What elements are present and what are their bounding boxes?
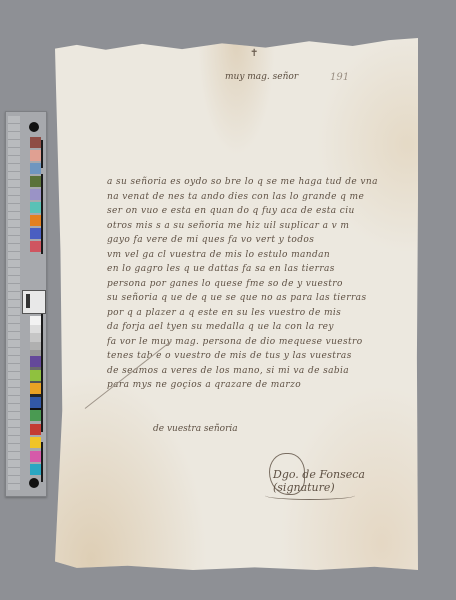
manuscript-page: ✝ muy mag. señor 191 a su señoria es oyd…: [55, 38, 418, 570]
color-swatch: [30, 370, 41, 381]
letter-closing: de vuestra señoria: [153, 424, 238, 434]
color-swatch: [30, 356, 41, 367]
manuscript-line: na venat de nes ta ando dies con las lo …: [107, 191, 407, 204]
color-swatch: [30, 202, 41, 213]
letter-heading: muy mag. señor: [225, 72, 298, 82]
color-swatch: [30, 163, 41, 174]
manuscript-line: vm vel ga cl vuestra de mis lo estulo ma…: [107, 249, 407, 262]
scale-bar: [41, 174, 43, 254]
manuscript-line: de seamos a veres de los mano, si mi va …: [107, 365, 407, 378]
color-swatch: [30, 383, 41, 394]
manuscript-line: por q a plazer a q este en su les vuestr…: [107, 307, 407, 320]
registration-dot-icon: [29, 478, 39, 488]
registration-dot-icon: [29, 122, 39, 132]
cross-mark-icon: ✝: [250, 48, 258, 59]
color-swatch: [30, 228, 41, 239]
manuscript-line: a su señoria es oydo so bre lo q se me h…: [107, 176, 407, 189]
color-calibration-target: [5, 111, 47, 497]
color-swatch: [30, 215, 41, 226]
manuscript-line: persona por ganes lo quese fme so de y v…: [107, 278, 407, 291]
manuscript-line: su señoria q ue de q ue se que no as par…: [107, 292, 407, 305]
manuscript-line: para mys ne goçios a qrazare de marzo: [107, 379, 407, 392]
scale-bar: [41, 302, 43, 432]
manuscript-line: fa vor le muy mag. persona de dio meques…: [107, 336, 407, 349]
manuscript-line: ser on vuo e esta en quan do q fuy aca d…: [107, 205, 407, 218]
color-swatch: [30, 397, 41, 408]
scale-bar: [41, 442, 43, 482]
color-swatch: [30, 451, 41, 462]
color-swatch: [30, 189, 41, 200]
folio-number: 191: [330, 72, 349, 83]
manuscript-line: otros mis s a su señoria me hiz uil supl…: [107, 220, 407, 233]
color-swatch: [30, 150, 41, 161]
color-swatch: [30, 176, 41, 187]
ruler-scale: [8, 116, 20, 490]
color-swatch: [30, 424, 41, 435]
color-swatch: [30, 437, 41, 448]
manuscript-line: gayo fa vere de mi ques fa vo vert y tod…: [107, 234, 407, 247]
manuscript-line: en lo gagro les q ue dattas fa sa en las…: [107, 263, 407, 276]
color-swatch: [30, 241, 41, 252]
barcode-label: [22, 290, 46, 314]
color-swatch: [30, 137, 41, 148]
manuscript-line: da forja ael tyen su medalla q ue la con…: [107, 321, 407, 334]
color-swatch: [30, 464, 41, 475]
scale-bar: [41, 140, 43, 168]
signature: Dgo. de Fonseca (signature): [273, 468, 418, 494]
color-swatch: [30, 410, 41, 421]
